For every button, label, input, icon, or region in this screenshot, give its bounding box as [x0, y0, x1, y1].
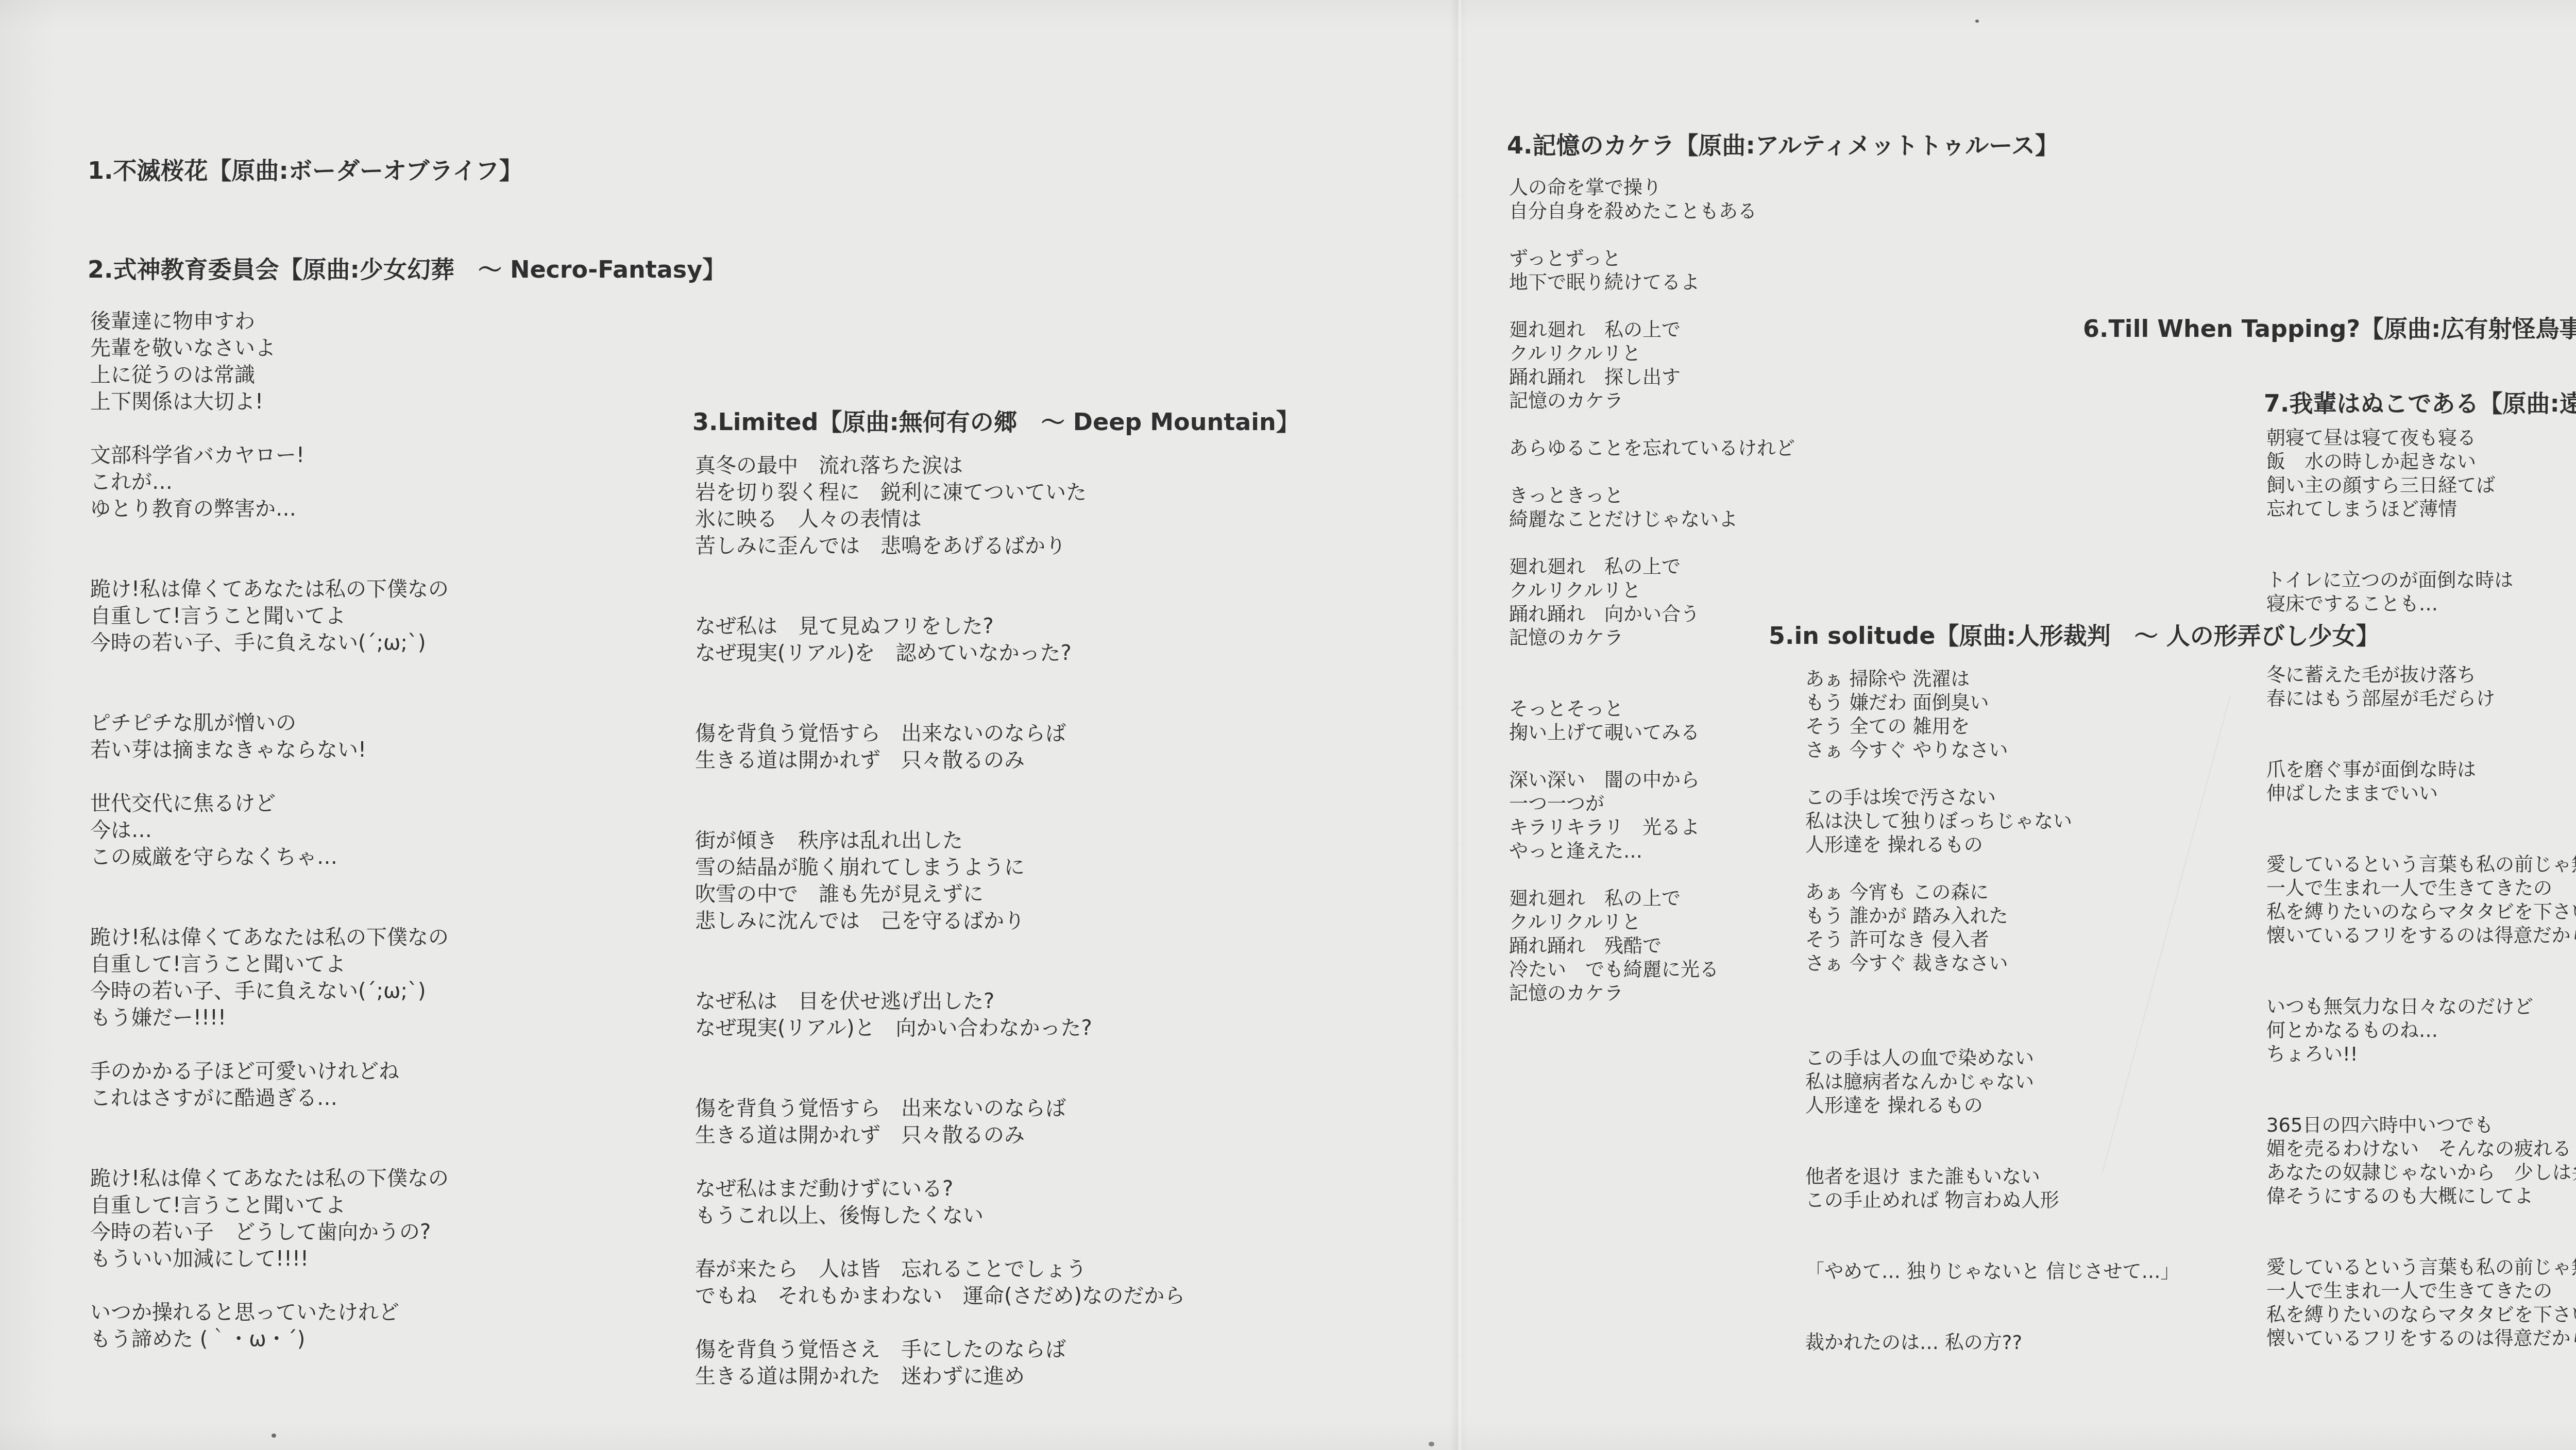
lyric-line: 今時の若い子 どうして歯向かうの?	[90, 1219, 698, 1246]
lyric-line: 一人で生まれ一人で生きてきたの	[2266, 1280, 2576, 1303]
lyric-line: 廻れ廻れ 私の上で	[1509, 555, 2102, 579]
stanza: 廻れ廻れ 私の上でクルリクルリと踊れ踊れ 探し出す記憶のカケラ	[1509, 318, 2102, 413]
lyric-line: 人の命を掌で操り	[1509, 176, 2102, 200]
lyric-line: 飼い主の顔すら三日経てば	[2266, 474, 2576, 498]
stanza: なぜ私はまだ動けずにいる?もうこれ以上、後悔したくない	[695, 1175, 1458, 1229]
lyric-line: トイレに立つのが面倒な時は	[2266, 569, 2576, 592]
lyric-line: 私を縛りたいのならマタタビを下さい	[2266, 900, 2576, 924]
song-2-lyrics: 後輩達に物申すわ先輩を敬いなさいよ上に従うのは常識上下関係は大切よ!文部科学省バ…	[90, 308, 698, 1353]
lyric-line: クルリクルリと	[1509, 579, 2102, 603]
lyric-line: なぜ現実(リアル)と 向かい合わなかった?	[695, 1015, 1458, 1042]
stanza: 跪け!私は偉くてあなたは私の下僕なの自重して!言うこと聞いてよ今時の若い子 どう…	[90, 1165, 698, 1272]
song-7-title: 7.我輩はぬこである【原曲:遠野幻想物語】	[2264, 385, 2576, 419]
stanza: 春が来たら 人は皆 忘れることでしょうでもね それもかまわない 運命(さだめ)な…	[695, 1256, 1458, 1309]
lyrics-booklet-scan: 1.不滅桜花【原曲:ボーダーオブライフ】 2.式神教育委員会【原曲:少女幻葬 ～…	[0, 0, 2576, 1450]
lyric-line: ずっとずっと	[1509, 247, 2102, 271]
lyric-line: 後輩達に物申すわ	[90, 308, 698, 335]
lyric-line: もう諦めた (｀・ω・´)	[90, 1326, 698, 1353]
lyric-line: 街が傾き 秩序は乱れ出した	[695, 827, 1458, 854]
lyric-line: あらゆることを忘れているけれど	[1509, 437, 2102, 460]
song-1-title: 1.不滅桜花【原曲:ボーダーオブライフ】	[88, 152, 523, 186]
stanza: トイレに立つのが面倒な時は寝床ですることも…	[2266, 569, 2576, 616]
lyric-line: なぜ現実(リアル)を 認めていなかった?	[695, 640, 1458, 667]
lyric-line: 跪け!私は偉くてあなたは私の下僕なの	[90, 576, 698, 603]
lyric-line: 冬に蓄えた毛が抜け落ち	[2266, 663, 2576, 687]
song-7-lyrics: 朝寝て昼は寝て夜も寝る飯 水の時しか起きない飼い主の顔すら三日経てば忘れてしまう…	[2266, 427, 2576, 1351]
lyric-line: 伸ばしたままでいい	[2266, 782, 2576, 806]
lyric-line: いつか操れると思っていたけれど	[90, 1299, 698, 1326]
lyric-line: 傷を背負う覚悟すら 出来ないのならば	[695, 720, 1458, 747]
stanza: 跪け!私は偉くてあなたは私の下僕なの自重して!言うこと聞いてよ今時の若い子、手に…	[90, 576, 698, 656]
stanza: なぜ私は 目を伏せ逃げ出した?なぜ現実(リアル)と 向かい合わなかった?	[695, 988, 1458, 1042]
scan-speck	[1429, 1442, 1434, 1446]
lyric-line: 自重して!言うこと聞いてよ	[90, 1192, 698, 1219]
stanza: 跪け!私は偉くてあなたは私の下僕なの自重して!言うこと聞いてよ今時の若い子、手に…	[90, 924, 698, 1031]
lyric-line: 朝寝て昼は寝て夜も寝る	[2266, 427, 2576, 450]
lyric-line: 生きる道は開かれず 只々散るのみ	[695, 1122, 1458, 1149]
stanza: きっときっと綺麗なことだけじゃないよ	[1509, 484, 2102, 532]
scan-speck	[1975, 20, 1979, 23]
lyric-line: 真冬の最中 流れ落ちた涙は	[695, 452, 1458, 479]
stanza: 街が傾き 秩序は乱れ出した雪の結晶が脆く崩れてしまうように吹雪の中で 誰も先が見…	[695, 827, 1458, 934]
song-4-title: 4.記憶のカケラ【原曲:アルティメットトゥルース】	[1507, 127, 2059, 161]
lyric-line: 雪の結晶が脆く崩れてしまうように	[695, 854, 1458, 881]
stanza: 愛しているという言葉も私の前じゃ無意味一人で生まれ一人で生きてきたの私を縛りたい…	[2266, 1256, 2576, 1351]
lyric-line: 生きる道は開かれた 迷わずに進め	[695, 1363, 1458, 1390]
lyric-line: 寝床ですることも…	[2266, 592, 2576, 616]
lyric-line: 若い芽は摘まなきゃならない!	[90, 737, 698, 763]
lyric-line: 懐いているフリをするのは得意だから	[2266, 924, 2576, 948]
lyric-line: 私を縛りたいのならマタタビを下さい	[2266, 1303, 2576, 1327]
stanza: 文部科学省バカヤロー!これが…ゆとり教育の弊害か…	[90, 442, 698, 522]
stanza: ピチピチな肌が憎いの若い芽は摘まなきゃならない!	[90, 710, 698, 763]
song-2-title: 2.式神教育委員会【原曲:少女幻葬 ～ Necro-Fantasy】	[88, 251, 726, 285]
stanza: いつか操れると思っていたけれどもう諦めた (｀・ω・´)	[90, 1299, 698, 1353]
stanza: あらゆることを忘れているけれど	[1509, 437, 2102, 460]
stanza: 爪を磨ぐ事が面倒な時は伸ばしたままでいい	[2266, 758, 2576, 806]
lyric-line: この威厳を守らなくちゃ…	[90, 844, 698, 871]
lyric-line: 飯 水の時しか起きない	[2266, 450, 2576, 474]
lyric-line: 跪け!私は偉くてあなたは私の下僕なの	[90, 924, 698, 951]
lyric-line: 自重して!言うこと聞いてよ	[90, 951, 698, 978]
lyric-line: 今は…	[90, 817, 698, 844]
lyric-line: 365日の四六時中いつでも	[2266, 1114, 2576, 1137]
stanza: 手のかかる子ほど可愛いけれどねこれはさすがに酷過ぎる…	[90, 1058, 698, 1112]
lyric-line: 生きる道は開かれず 只々散るのみ	[695, 747, 1458, 774]
lyric-line: 愛しているという言葉も私の前じゃ無意味	[2266, 853, 2576, 877]
lyric-line: 何とかなるものね…	[2266, 1019, 2576, 1043]
lyric-line: もういい加減にして!!!!	[90, 1246, 698, 1272]
lyric-line: 忘れてしまうほど薄情	[2266, 498, 2576, 521]
stanza: 後輩達に物申すわ先輩を敬いなさいよ上に従うのは常識上下関係は大切よ!	[90, 308, 698, 415]
stanza: 冬に蓄えた毛が抜け落ち春にはもう部屋が毛だらけ	[2266, 663, 2576, 711]
lyric-line: 偉そうにするのも大概にしてよ	[2266, 1185, 2576, 1208]
stanza: 世代交代に焦るけど今は…この威厳を守らなくちゃ…	[90, 790, 698, 871]
lyric-line: 春が来たら 人は皆 忘れることでしょう	[695, 1256, 1458, 1283]
stanza: いつも無気力な日々なのだけど何とかなるものね…ちょろい!!	[2266, 995, 2576, 1066]
lyric-line: 手のかかる子ほど可愛いけれどね	[90, 1058, 698, 1085]
lyric-line: 跪け!私は偉くてあなたは私の下僕なの	[90, 1165, 698, 1192]
lyric-line: 懐いているフリをするのは得意だから	[2266, 1327, 2576, 1351]
stanza: 人の命を掌で操り自分自身を殺めたこともある	[1509, 176, 2102, 224]
stanza: なぜ私は 見て見ぬフリをした?なぜ現実(リアル)を 認めていなかった?	[695, 613, 1458, 667]
lyric-line: 廻れ廻れ 私の上で	[1509, 318, 2102, 342]
song-6-title: 6.Till When Tapping?【原曲:広有射怪鳥事 ～ Till Wh…	[2083, 310, 2576, 344]
stanza: 愛しているという言葉も私の前じゃ無意味一人で生まれ一人で生きてきたの私を縛りたい…	[2266, 853, 2576, 948]
lyric-line: 岩を切り裂く程に 鋭利に凍てついていた	[695, 479, 1458, 506]
lyric-line: 悲しみに沈んでは 己を守るばかり	[695, 908, 1458, 934]
lyric-line: なぜ私は 見て見ぬフリをした?	[695, 613, 1458, 640]
lyric-line: 自分自身を殺めたこともある	[1509, 200, 2102, 224]
stanza: 傷を背負う覚悟さえ 手にしたのならば生きる道は開かれた 迷わずに進め	[695, 1336, 1458, 1390]
lyric-line: ピチピチな肌が憎いの	[90, 710, 698, 737]
lyric-line: 傷を背負う覚悟さえ 手にしたのならば	[695, 1336, 1458, 1363]
lyric-line: なぜ私は 目を伏せ逃げ出した?	[695, 988, 1458, 1015]
stanza: ずっとずっと地下で眠り続けてるよ	[1509, 247, 2102, 295]
lyric-line: いつも無気力な日々なのだけど	[2266, 995, 2576, 1019]
lyric-line: 世代交代に焦るけど	[90, 790, 698, 817]
lyric-line: あなたの奴隷じゃないから 少しは弁えて	[2266, 1161, 2576, 1185]
stanza: 傷を背負う覚悟すら 出来ないのならば生きる道は開かれず 只々散るのみ	[695, 1095, 1458, 1149]
lyric-line: 氷に映る 人々の表情は	[695, 506, 1458, 533]
stanza: 傷を背負う覚悟すら 出来ないのならば生きる道は開かれず 只々散るのみ	[695, 720, 1458, 774]
lyric-line: もうこれ以上、後悔したくない	[695, 1202, 1458, 1229]
lyric-line: 地下で眠り続けてるよ	[1509, 271, 2102, 295]
lyric-line: 今時の若い子、手に負えない(´;ω;`)	[90, 629, 698, 656]
lyric-line: きっときっと	[1509, 484, 2102, 508]
lyric-line: これが…	[90, 469, 698, 496]
stanza: 真冬の最中 流れ落ちた涙は岩を切り裂く程に 鋭利に凍てついていた氷に映る 人々の…	[695, 452, 1458, 559]
lyric-line: 媚を売るわけない そんなの疲れる	[2266, 1137, 2576, 1161]
lyric-line: 上に従うのは常識	[90, 362, 698, 388]
lyric-line: クルリクルリと	[1509, 342, 2102, 366]
lyric-line: これはさすがに酷過ぎる…	[90, 1085, 698, 1112]
song-3-lyrics: 真冬の最中 流れ落ちた涙は岩を切り裂く程に 鋭利に凍てついていた氷に映る 人々の…	[695, 452, 1458, 1390]
song-3-title: 3.Limited【原曲:無何有の郷 ～ Deep Mountain】	[692, 403, 1300, 437]
lyric-line: なぜ私はまだ動けずにいる?	[695, 1175, 1458, 1202]
lyric-line: もう嫌だー!!!!	[90, 1004, 698, 1031]
stanza: 365日の四六時中いつでも媚を売るわけない そんなの疲れるあなたの奴隷じゃないか…	[2266, 1114, 2576, 1208]
lyric-line: 愛しているという言葉も私の前じゃ無意味	[2266, 1256, 2576, 1280]
lyric-line: 今時の若い子、手に負えない(´;ω;`)	[90, 978, 698, 1004]
lyric-line: ちょろい!!	[2266, 1043, 2576, 1066]
lyric-line: 上下関係は大切よ!	[90, 388, 698, 415]
lyric-line: 傷を背負う覚悟すら 出来ないのならば	[695, 1095, 1458, 1122]
lyric-line: ゆとり教育の弊害か…	[90, 496, 698, 522]
stanza: 朝寝て昼は寝て夜も寝る飯 水の時しか起きない飼い主の顔すら三日経てば忘れてしまう…	[2266, 427, 2576, 521]
lyric-line: 踊れ踊れ 探し出す	[1509, 366, 2102, 389]
lyric-line: 綺麗なことだけじゃないよ	[1509, 508, 2102, 532]
lyric-line: 自重して!言うこと聞いてよ	[90, 603, 698, 629]
lyric-line: 吹雪の中で 誰も先が見えずに	[695, 881, 1458, 908]
lyric-line: 爪を磨ぐ事が面倒な時は	[2266, 758, 2576, 782]
lyric-line: 先輩を敬いなさいよ	[90, 335, 698, 362]
lyric-line: 記憶のカケラ	[1509, 389, 2102, 413]
lyric-line: 春にはもう部屋が毛だらけ	[2266, 687, 2576, 711]
scan-speck	[272, 1434, 276, 1438]
lyric-line: 苦しみに歪んでは 悲鳴をあげるばかり	[695, 533, 1458, 559]
lyric-line: 一人で生まれ一人で生きてきたの	[2266, 877, 2576, 900]
lyric-line: 文部科学省バカヤロー!	[90, 442, 698, 469]
lyric-line: でもね それもかまわない 運命(さだめ)なのだから	[695, 1283, 1458, 1309]
